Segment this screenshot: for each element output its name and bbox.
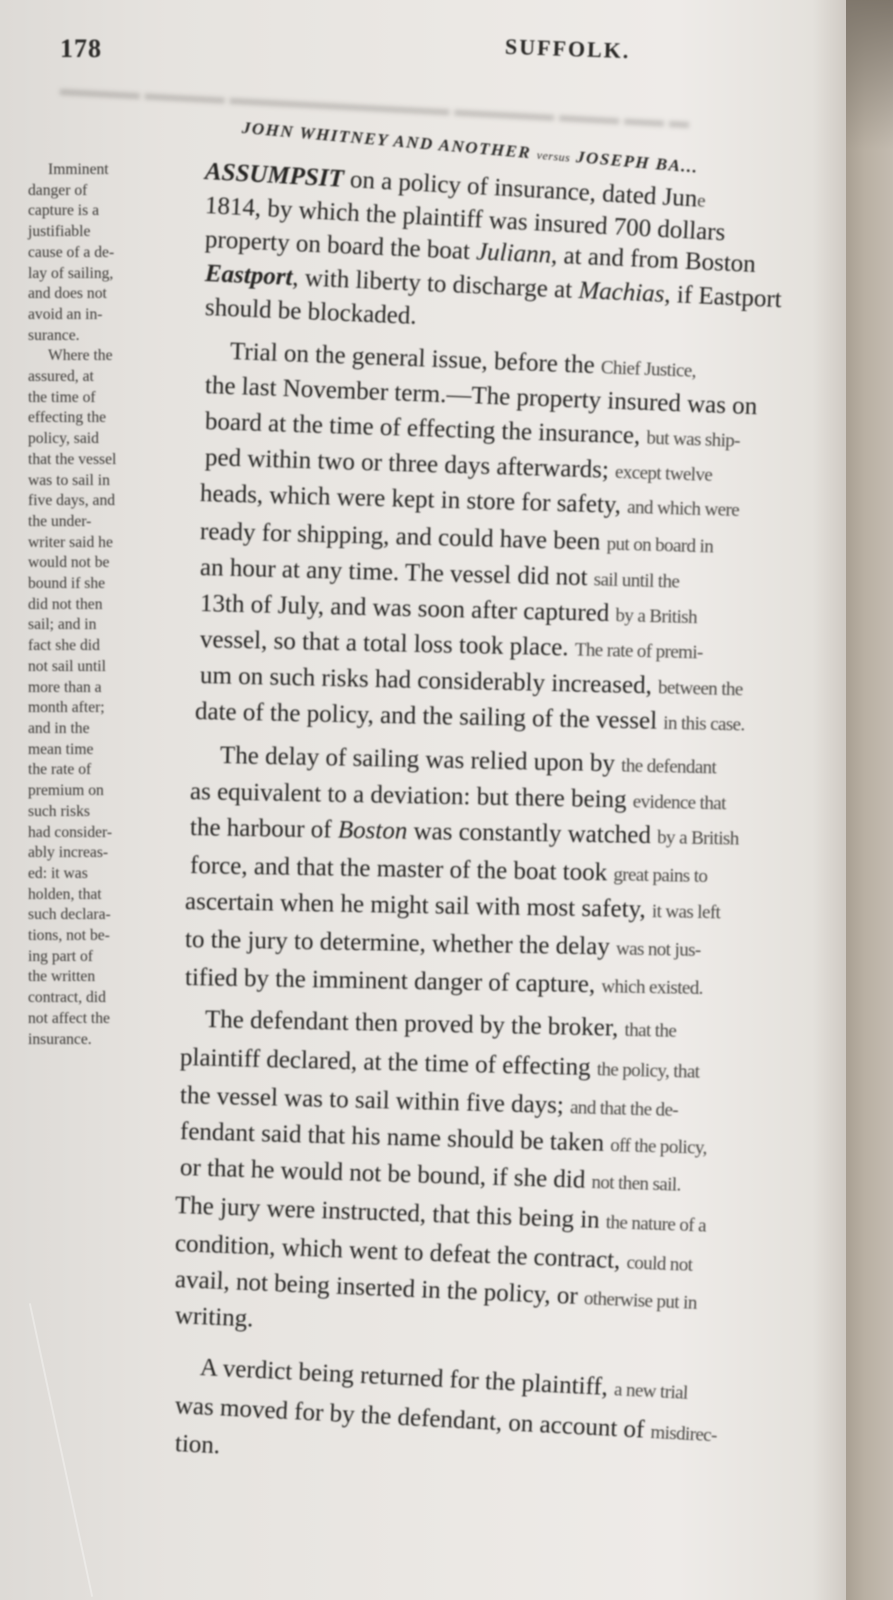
sidenote-line: five days, and bbox=[28, 491, 178, 512]
body-text-run: date of the policy, and the sailing of t… bbox=[195, 698, 664, 735]
body-text-run: should be blockaded. bbox=[204, 294, 417, 330]
body-text-run: heads, which were kept in store for safe… bbox=[200, 480, 628, 519]
sidenote-line: ably increas- bbox=[28, 843, 178, 864]
body-text-edge-run: put on board in bbox=[606, 534, 713, 558]
sidenote-line: mean time bbox=[28, 740, 178, 761]
body-line: date of the policy, and the sailing of t… bbox=[195, 698, 745, 738]
sidenote-line: danger of bbox=[28, 181, 178, 202]
body-text-run: Trial on the general issue, before the bbox=[230, 338, 602, 379]
body-text-run: , if Eastport bbox=[664, 281, 782, 313]
body-text-edge-run: great pains to bbox=[613, 864, 707, 887]
body-line: plaintiff declared, at the time of effec… bbox=[180, 1044, 700, 1085]
sidenote-line: premium on bbox=[28, 781, 178, 802]
body-text-run: um on such risks had considerably increa… bbox=[200, 662, 659, 699]
body-text-edge-run: The rate of premi- bbox=[575, 640, 703, 664]
sidenote-line: bound if she bbox=[28, 574, 178, 595]
body-text-run: The defendant then proved by the broker, bbox=[205, 1006, 625, 1042]
body-text-run: the vessel was to sail within five days; bbox=[180, 1082, 571, 1119]
body-line: or that he would not be bound, if she di… bbox=[180, 1154, 682, 1198]
sidenote-line: the time of bbox=[28, 388, 178, 409]
page-number: 178 bbox=[60, 34, 102, 64]
sidenote-line: writer said he bbox=[28, 533, 178, 554]
running-title: SUFFOLK. bbox=[505, 34, 631, 64]
body-text-run: vessel, so that a total loss took place. bbox=[200, 626, 575, 661]
body-text-run: to the jury to determine, whether the de… bbox=[185, 926, 617, 961]
body-text-edge-run: but was ship- bbox=[646, 428, 740, 452]
body-line: tified by the imminent danger of capture… bbox=[185, 964, 703, 1001]
sidenote-line: ed: it was bbox=[28, 864, 178, 885]
body-text-edge-run: evidence that bbox=[633, 792, 726, 815]
body-text-edge-run: the nature of a bbox=[605, 1212, 706, 1236]
body-text-edge-run: sail until the bbox=[593, 569, 679, 592]
sidenote-line: sail; and in bbox=[28, 615, 178, 636]
body-line: 13th of July, and was soon after capture… bbox=[200, 590, 698, 630]
sidenote-line: such risks bbox=[28, 802, 178, 823]
body-line: The jury were instructed, that this bein… bbox=[175, 1192, 707, 1239]
sidenote-line: lay of sailing, bbox=[28, 264, 178, 285]
body-text-run: avail, not being inserted in the policy,… bbox=[174, 1266, 584, 1310]
body-text-run: A verdict being returned for the plainti… bbox=[199, 1354, 615, 1401]
sidenote-line: did not then bbox=[28, 595, 178, 616]
sidenote-line: ing part of bbox=[28, 947, 178, 968]
body-line: ascertain when he might sail with most s… bbox=[185, 888, 721, 925]
sidenote-line: and in the bbox=[28, 719, 178, 740]
case-title-plaintiff: JOHN WHITNEY AND ANOTHER bbox=[241, 118, 532, 162]
body-text-edge-run: was not jus- bbox=[616, 939, 701, 961]
body-text-edge-run: by a British bbox=[657, 827, 739, 849]
sidenote-line: surance. bbox=[28, 326, 178, 347]
body-text-edge-run: it was left bbox=[652, 901, 721, 923]
marginal-sidenote: Imminentdanger ofcapture is ajustifiable… bbox=[28, 160, 178, 1050]
body-text-edge-run: and which were bbox=[627, 497, 739, 521]
body-text-run: ascertain when he might sail with most s… bbox=[185, 888, 652, 923]
body-text-edge-run: not then sail. bbox=[591, 1172, 681, 1196]
body-line: should be blockaded. bbox=[204, 294, 417, 331]
body-line: force, and that the master of the boat t… bbox=[190, 852, 708, 889]
body-text-edge-run: in this case. bbox=[663, 713, 745, 736]
sidenote-line: more than a bbox=[28, 678, 178, 699]
body-text-run: , at and from Boston bbox=[551, 242, 757, 278]
sidenote-line: justifiable bbox=[28, 222, 178, 243]
body-line: the harbour of Boston was constantly wat… bbox=[190, 814, 739, 852]
page-edge bbox=[846, 0, 893, 1600]
sidenote-line: such declara- bbox=[28, 905, 178, 926]
sidenote-line: and does not bbox=[28, 284, 178, 305]
sidenote-line: that the vessel bbox=[28, 450, 178, 471]
body-text-edge-run: that the bbox=[624, 1020, 676, 1042]
body-line: heads, which were kept in store for safe… bbox=[200, 480, 740, 523]
body-text-run: condition, which went to defeat the cont… bbox=[175, 1230, 628, 1274]
sidenote-line: would not be bbox=[28, 553, 178, 574]
running-head: 178 SUFFOLK. bbox=[0, 22, 846, 62]
body-italic-word: Eastport bbox=[204, 260, 293, 291]
sidenote-line: the written bbox=[28, 967, 178, 988]
body-text-edge-run: by a British bbox=[615, 605, 697, 628]
body-text-run: tified by the imminent danger of capture… bbox=[185, 964, 602, 998]
sidenote-line: effecting the bbox=[28, 408, 178, 429]
body-text-edge-run: could not bbox=[626, 1252, 693, 1276]
sidenote-line: contract, did bbox=[28, 988, 178, 1009]
body-text-run: as equivalent to a deviation: but there … bbox=[190, 778, 633, 813]
body-line: as equivalent to a deviation: but there … bbox=[190, 778, 726, 816]
page-edge-shadow bbox=[846, 0, 893, 150]
sidenote-line: cause of a de- bbox=[28, 243, 178, 264]
body-text-run: ped within two or three days afterwards; bbox=[205, 444, 616, 484]
body-text-edge-run: which existed. bbox=[601, 976, 703, 999]
sidenote-line: assured, at bbox=[28, 367, 178, 388]
body-line: The delay of sailing was relied upon by … bbox=[220, 742, 717, 780]
sidenote-line: not affect the bbox=[28, 1009, 178, 1030]
body-text-run: was constantly watched bbox=[407, 818, 657, 849]
body-italic-word: Boston bbox=[338, 817, 408, 845]
body-text-run: ready for shipping, and could have been bbox=[200, 518, 607, 556]
body-line: the vessel was to sail within five days;… bbox=[180, 1082, 679, 1123]
paper-crease bbox=[29, 1303, 93, 1597]
bleed-through-text: ▬▬▬▬ ▬▬▬▬ ▬▬▬▬▬▬▬▬▬▬▬ ▬▬▬▬▬ ▬▬▬ ▬▬ ▬ bbox=[59, 78, 739, 136]
sidenote-line: holden, that bbox=[28, 885, 178, 906]
body-line: writing. bbox=[174, 1302, 254, 1334]
body-text-run: the harbour of bbox=[190, 814, 338, 844]
case-title-defendant: JOSEPH BA... bbox=[575, 147, 699, 177]
body-text-run: 13th of July, and was soon after capture… bbox=[200, 590, 616, 627]
sidenote-line: not sail until bbox=[28, 657, 178, 678]
sidenote-line: Where the bbox=[28, 346, 178, 367]
body-italic-word: Juliann bbox=[476, 238, 552, 268]
body-text-run: The jury were instructed, that this bein… bbox=[175, 1192, 607, 1234]
sidenote-line: was to sail in bbox=[28, 471, 178, 492]
body-text-edge-run: e bbox=[697, 191, 706, 212]
body-text-run: force, and that the master of the boat t… bbox=[190, 852, 614, 886]
sidenote-line: Imminent bbox=[28, 160, 178, 181]
body-text-edge-run: except twelve bbox=[615, 462, 713, 486]
body-line: fendant said that his name should be tak… bbox=[180, 1118, 708, 1161]
body-line: vessel, so that a total loss took place.… bbox=[200, 626, 703, 665]
body-text-run: an hour at any time. The vessel did not bbox=[200, 554, 594, 591]
body-text-edge-run: otherwise put in bbox=[584, 1288, 698, 1314]
case-title-versus: versus bbox=[536, 148, 571, 165]
sidenote-line: capture is a bbox=[28, 201, 178, 222]
body-italic-word: Machias bbox=[578, 277, 665, 308]
sidenote-line: month after; bbox=[28, 698, 178, 719]
body-text-edge-run: a new trial bbox=[614, 1379, 689, 1404]
sidenote-line: fact she did bbox=[28, 636, 178, 657]
body-text-edge-run: Chief Justice, bbox=[600, 357, 696, 382]
body-text-edge-run: and that the de- bbox=[570, 1097, 679, 1121]
body-text-run: writing. bbox=[174, 1302, 254, 1333]
sidenote-line: the under- bbox=[28, 512, 178, 533]
body-text-edge-run: off the policy, bbox=[610, 1135, 707, 1159]
body-text-edge-run: the defendant bbox=[621, 755, 716, 778]
body-text-edge-run: misdirec- bbox=[650, 1422, 717, 1446]
body-line: The defendant then proved by the broker,… bbox=[205, 1006, 677, 1044]
body-text-edge-run: the policy, that bbox=[597, 1059, 700, 1083]
body-text-edge-run: between the bbox=[658, 677, 743, 700]
body-line: tion. bbox=[174, 1430, 221, 1460]
sidenote-line: the rate of bbox=[28, 760, 178, 781]
sidenote-line: avoid an in- bbox=[28, 305, 178, 326]
book-page: 178 SUFFOLK. ▬▬▬▬ ▬▬▬▬ ▬▬▬▬▬▬▬▬▬▬▬ ▬▬▬▬▬… bbox=[0, 0, 846, 1600]
sidenote-line: tions, not be- bbox=[28, 926, 178, 947]
body-text-run: or that he would not be bound, if she di… bbox=[180, 1154, 592, 1194]
body-text-run: , with liberty to discharge at bbox=[292, 264, 579, 304]
body-italic-word: ASSUMPSIT bbox=[204, 158, 344, 193]
sidenote-line: had consider- bbox=[28, 823, 178, 844]
body-text-run: fendant said that his name should be tak… bbox=[180, 1118, 611, 1157]
sidenote-line: insurance. bbox=[28, 1030, 178, 1051]
body-text-run: plaintiff declared, at the time of effec… bbox=[180, 1044, 598, 1081]
body-line: to the jury to determine, whether the de… bbox=[185, 926, 701, 963]
body-text-run: The delay of sailing was relied upon by bbox=[220, 742, 622, 777]
body-line: um on such risks had considerably increa… bbox=[200, 662, 743, 702]
body-line: ready for shipping, and could have been … bbox=[200, 518, 714, 559]
body-text-run: tion. bbox=[174, 1430, 221, 1459]
body-line: an hour at any time. The vessel did not … bbox=[200, 554, 680, 595]
sidenote-line: policy, said bbox=[28, 429, 178, 450]
